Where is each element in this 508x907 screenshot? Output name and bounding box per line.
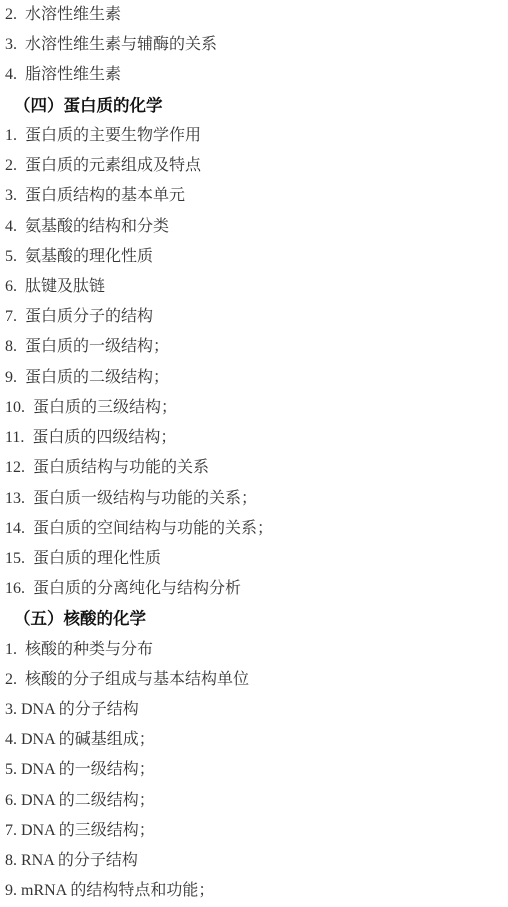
item-text: 蛋白质的空间结构与功能的关系； [33, 520, 273, 537]
item-number: 3. [5, 30, 17, 60]
list-item: 2.蛋白质的元素组成及特点 [0, 151, 508, 181]
item-number: 10. [5, 393, 25, 423]
item-text: RNA 的分子结构 [21, 852, 138, 869]
list-item: 3.DNA 的分子结构 [0, 695, 508, 725]
list-item: 6.肽键及肽链 [0, 272, 508, 302]
item-number: 4. [5, 725, 17, 755]
list-item: 9.mRNA 的结构特点和功能； [0, 876, 508, 906]
section-heading-label: （五）核酸的化学 [14, 610, 146, 628]
item-text: 蛋白质分子的结构 [25, 308, 153, 325]
item-number: 2. [5, 665, 17, 695]
item-text: DNA 的三级结构； [21, 822, 155, 839]
list-item: 8.蛋白质的一级结构； [0, 332, 508, 362]
item-number: 11. [5, 423, 24, 453]
item-text: 蛋白质的三级结构； [33, 399, 177, 416]
list-item: 12.蛋白质结构与功能的关系 [0, 453, 508, 483]
item-number: 7. [5, 816, 17, 846]
item-number: 12. [5, 453, 25, 483]
list-item: 10.蛋白质的三级结构； [0, 393, 508, 423]
list-item: 3.水溶性维生素与辅酶的关系 [0, 30, 508, 60]
syllabus-outline: 2.水溶性维生素3.水溶性维生素与辅酶的关系4.脂溶性维生素（四）蛋白质的化学1… [0, 0, 508, 907]
item-number: 4. [5, 60, 17, 90]
item-number: 6. [5, 272, 17, 302]
item-number: 4. [5, 212, 17, 242]
list-item: 8.RNA 的分子结构 [0, 846, 508, 876]
item-text: 脂溶性维生素 [25, 66, 121, 83]
item-text: 蛋白质结构与功能的关系 [33, 459, 209, 476]
item-text: 核酸的分子组成与基本结构单位 [25, 671, 249, 688]
item-text: 蛋白质一级结构与功能的关系； [33, 490, 257, 507]
item-text: 蛋白质的理化性质 [33, 550, 161, 567]
item-text: 氨基酸的理化性质 [25, 248, 153, 265]
document-page: 2.水溶性维生素3.水溶性维生素与辅酶的关系4.脂溶性维生素（四）蛋白质的化学1… [0, 0, 508, 907]
list-item: 3.蛋白质结构的基本单元 [0, 181, 508, 211]
item-text: DNA 的一级结构； [21, 761, 155, 778]
item-text: 蛋白质的元素组成及特点 [25, 157, 201, 174]
item-number: 8. [5, 332, 17, 362]
list-item: 2.核酸的分子组成与基本结构单位 [0, 665, 508, 695]
item-number: 1. [5, 635, 17, 665]
item-number: 2. [5, 0, 17, 30]
item-text: 蛋白质结构的基本单元 [25, 187, 185, 204]
list-item: 5.DNA 的一级结构； [0, 755, 508, 785]
item-text: 蛋白质的二级结构； [25, 369, 169, 386]
item-number: 3. [5, 181, 17, 211]
item-number: 9. [5, 876, 17, 906]
section-heading: （四）蛋白质的化学 [0, 91, 508, 121]
item-number: 14. [5, 514, 25, 544]
item-number: 5. [5, 755, 17, 785]
item-text: 水溶性维生素 [25, 6, 121, 23]
item-number: 13. [5, 484, 25, 514]
list-item: 1.蛋白质的主要生物学作用 [0, 121, 508, 151]
item-number: 8. [5, 846, 17, 876]
list-item: 5.氨基酸的理化性质 [0, 242, 508, 272]
list-item: 7.蛋白质分子的结构 [0, 302, 508, 332]
item-number: 6. [5, 786, 17, 816]
item-text: DNA 的分子结构 [21, 701, 139, 718]
item-text: DNA 的二级结构； [21, 792, 155, 809]
item-text: 蛋白质的四级结构； [32, 429, 176, 446]
item-text: 氨基酸的结构和分类 [25, 218, 169, 235]
item-number: 3. [5, 695, 17, 725]
list-item: 2.水溶性维生素 [0, 0, 508, 30]
item-text: 蛋白质的一级结构； [25, 338, 169, 355]
item-text: DNA 的碱基组成； [21, 731, 155, 748]
item-number: 5. [5, 242, 17, 272]
list-item: 4.DNA 的碱基组成； [0, 725, 508, 755]
list-item: 1.核酸的种类与分布 [0, 635, 508, 665]
list-item: 6.DNA 的二级结构； [0, 786, 508, 816]
item-text: 蛋白质的主要生物学作用 [25, 127, 201, 144]
item-text: 核酸的种类与分布 [25, 641, 153, 658]
list-item: 16.蛋白质的分离纯化与结构分析 [0, 574, 508, 604]
item-text: mRNA 的结构特点和功能； [21, 882, 214, 899]
item-number: 15. [5, 544, 25, 574]
section-heading: （五）核酸的化学 [0, 604, 508, 634]
item-number: 1. [5, 121, 17, 151]
item-text: 水溶性维生素与辅酶的关系 [25, 36, 217, 53]
list-item: 13.蛋白质一级结构与功能的关系； [0, 484, 508, 514]
list-item: 9.蛋白质的二级结构； [0, 363, 508, 393]
list-item: 14.蛋白质的空间结构与功能的关系； [0, 514, 508, 544]
item-text: 蛋白质的分离纯化与结构分析 [33, 580, 241, 597]
list-item: 4.脂溶性维生素 [0, 60, 508, 90]
list-item: 4.氨基酸的结构和分类 [0, 212, 508, 242]
list-item: 15.蛋白质的理化性质 [0, 544, 508, 574]
item-number: 16. [5, 574, 25, 604]
item-text: 肽键及肽链 [25, 278, 105, 295]
item-number: 7. [5, 302, 17, 332]
list-item: 11.蛋白质的四级结构； [0, 423, 508, 453]
section-heading-label: （四）蛋白质的化学 [14, 97, 163, 115]
list-item: 7.DNA 的三级结构； [0, 816, 508, 846]
item-number: 2. [5, 151, 17, 181]
item-number: 9. [5, 363, 17, 393]
